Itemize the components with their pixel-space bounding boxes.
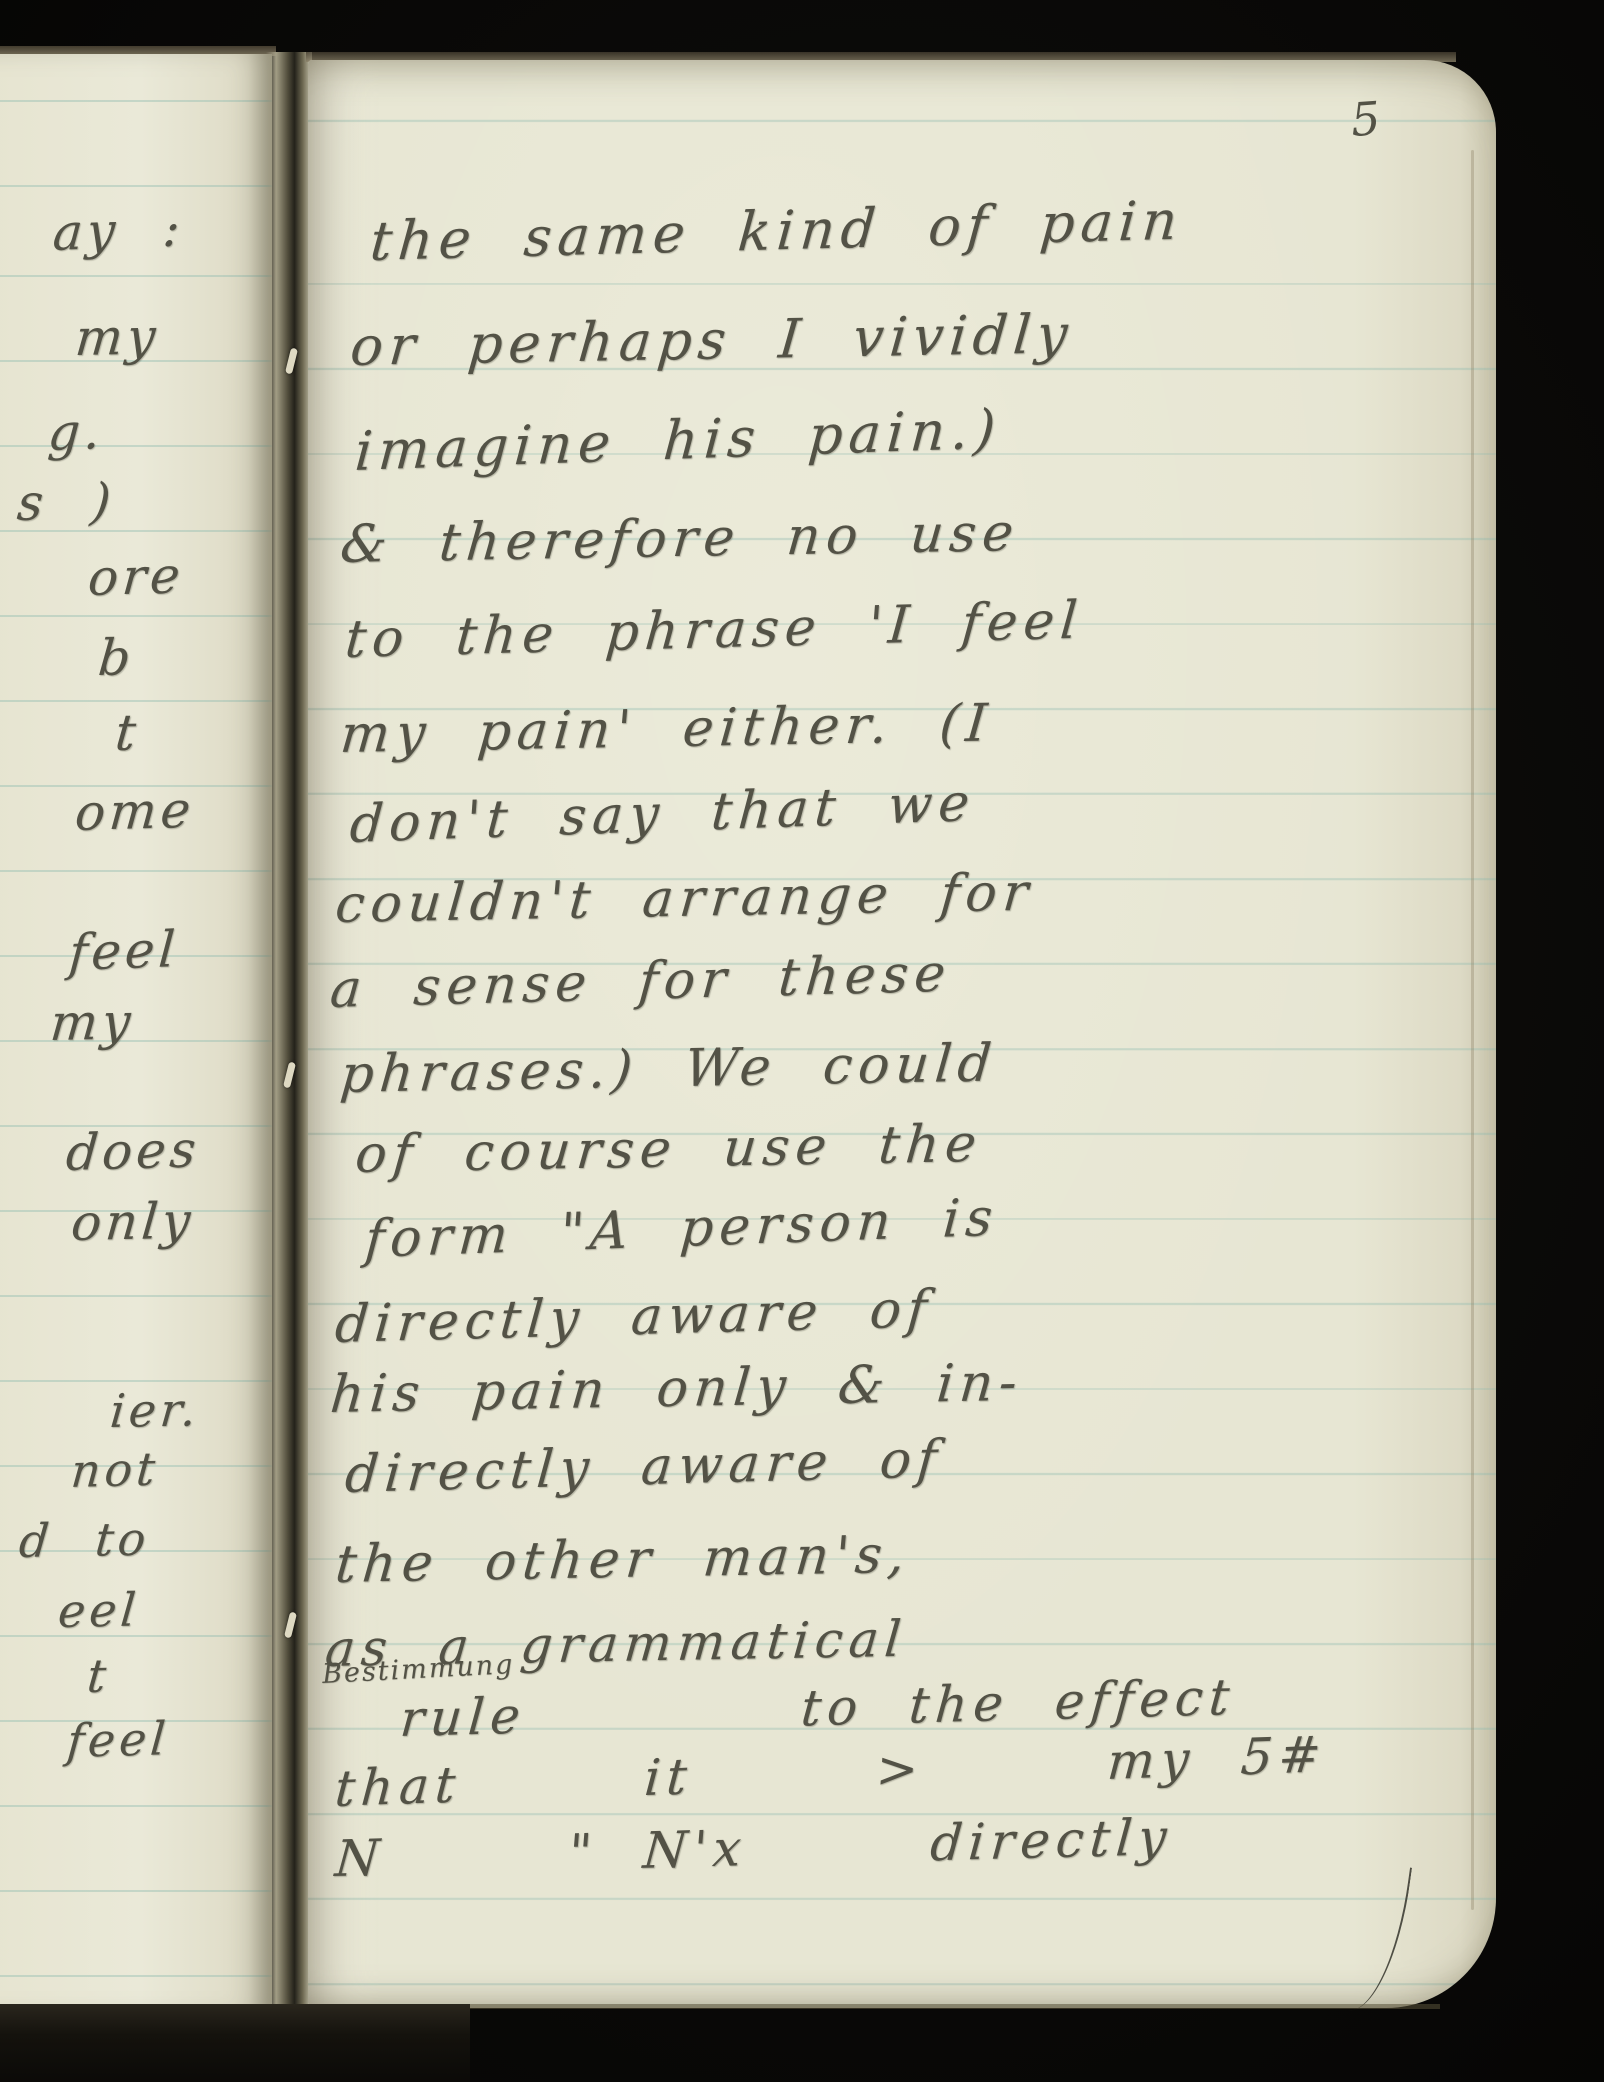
handwriting-line: couldn't arrange for bbox=[333, 863, 1036, 935]
handwriting-line: or perhaps I vividly bbox=[348, 302, 1076, 378]
left-page-fragment: my bbox=[73, 307, 162, 367]
left-page-fragment: t bbox=[113, 703, 142, 762]
handwriting-line: the other man's, bbox=[333, 1525, 913, 1595]
left-page-fragment: eel bbox=[56, 1582, 142, 1638]
handwriting-line: of course use the bbox=[353, 1114, 985, 1185]
handwriting-line: my pain' either. (I bbox=[338, 694, 995, 765]
handwriting-line: form "A person is bbox=[363, 1188, 1000, 1270]
left-page-fragment: only bbox=[69, 1192, 197, 1252]
left-page-fragment: my bbox=[48, 992, 137, 1052]
handwriting-line: his pain only & in- bbox=[328, 1353, 1025, 1425]
left-page-fragment: does bbox=[64, 1120, 202, 1182]
left-page-fragment: s ) bbox=[15, 472, 117, 532]
page-number: 5 bbox=[1349, 91, 1382, 147]
handwriting-line: phrases.) We could bbox=[338, 1033, 1000, 1105]
notebook-page: 5 the same kind of painor perhaps I vivi… bbox=[308, 60, 1496, 2008]
left-page-fragment: g. bbox=[46, 402, 106, 462]
page-stack-edge bbox=[1471, 150, 1474, 1910]
handwriting-line: the same kind of pain bbox=[368, 189, 1186, 273]
handwriting-line: directly aware of bbox=[343, 1429, 945, 1505]
left-page-fragment: ome bbox=[73, 781, 197, 842]
handwriting-line: to the phrase 'I feel bbox=[343, 591, 1085, 670]
left-page-fragment: feel bbox=[65, 1711, 171, 1768]
left-page-fragment: ore bbox=[86, 546, 186, 607]
left-page-fragment: feel bbox=[67, 920, 181, 982]
notebook-cover-cloth bbox=[0, 2004, 470, 2082]
left-page-fragment: ay : bbox=[51, 199, 186, 262]
left-page-fragment: b bbox=[96, 628, 137, 687]
handwriting-line: don't say that we bbox=[348, 773, 977, 855]
left-page-fragment: t bbox=[85, 1649, 112, 1703]
left-page-fragment: d to bbox=[17, 1512, 152, 1568]
facing-page-sliver: ay :myg.s )orebtomefeelmydoesonlyier.not… bbox=[0, 54, 272, 2014]
handwriting-line: a sense for these bbox=[328, 944, 954, 1020]
handwriting-line: directly aware of bbox=[333, 1279, 935, 1355]
handwriting-line: N " N'x directly bbox=[333, 1808, 1175, 1888]
handwriting-line: & therefore no use bbox=[338, 503, 1022, 575]
binding-gutter bbox=[266, 52, 312, 2012]
handwriting-line: imagine his pain.) bbox=[353, 397, 1003, 483]
left-page-fragment: not bbox=[69, 1442, 161, 1498]
left-page-fragment: ier. bbox=[108, 1382, 202, 1438]
notebook-scan: ay :myg.s )orebtomefeelmydoesonlyier.not… bbox=[0, 0, 1604, 2082]
